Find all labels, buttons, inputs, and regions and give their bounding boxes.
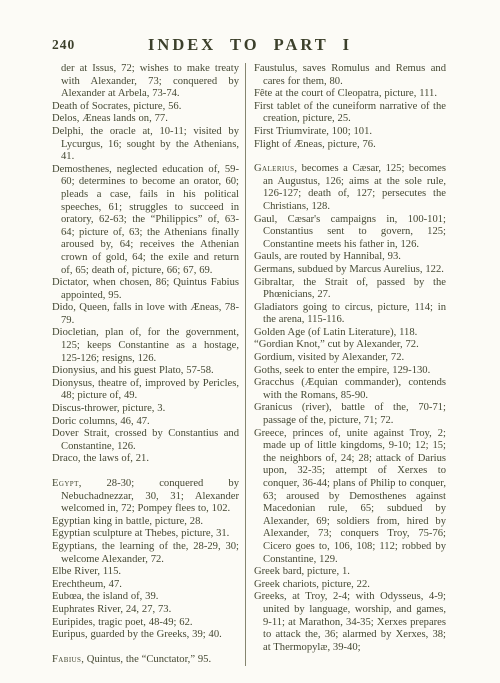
index-entry: Greek bard, picture, 1. <box>263 566 446 579</box>
entry-text: Fête at the court of Cleopatra, picture,… <box>254 88 437 99</box>
index-entry: Dover Strait, crossed by Constantius and… <box>61 428 239 453</box>
entry-text: “Gordian Knot,” cut by Alexander, 72. <box>254 339 419 350</box>
entry-headword: Galerius <box>254 163 294 174</box>
index-entry: Germans, subdued by Marcus Aurelius, 122… <box>263 264 446 277</box>
entry-text: , 28-30; conquered by Nebuchadnezzar, 30… <box>61 478 239 514</box>
index-column-left: der at Issus, 72; wishes to make treaty … <box>52 63 245 666</box>
entry-text: Doric columns, 46, 47. <box>52 416 150 427</box>
index-entry: Demosthenes, neglected education of, 59-… <box>61 164 239 277</box>
index-entry: Discus-thrower, picture, 3. <box>61 403 239 416</box>
entry-text: Delphi, the oracle at, 10-11; visited by… <box>52 126 239 162</box>
index-entry: Egyptian sculpture at Thebes, picture, 3… <box>61 528 239 541</box>
entry-text: Elbe River, 115. <box>52 566 121 577</box>
index-entry: Delphi, the oracle at, 10-11; visited by… <box>61 126 239 164</box>
index-entry: Doric columns, 46, 47. <box>61 416 239 429</box>
index-entry: Goths, seek to enter the empire, 129-130… <box>263 365 446 378</box>
entry-headword: Fabius <box>52 654 81 665</box>
entry-text: Greeks, at Troy, 2-4; with Odysseus, 4-9… <box>254 591 446 652</box>
index-entry: Diocletian, plan of, for the government,… <box>61 327 239 365</box>
index-entry: Gauls, are routed by Hannibal, 93. <box>263 251 446 264</box>
index-entry: Elbe River, 115. <box>61 566 239 579</box>
entry-text: Gladiators going to circus, picture, 114… <box>254 302 446 326</box>
index-entry: Gaul, Cæsar's campaigns in, 100-101; Con… <box>263 214 446 252</box>
entry-text: Faustulus, saves Romulus and Remus and c… <box>254 63 446 87</box>
entry-text: der at Issus, 72; wishes to make treaty … <box>61 63 239 99</box>
entry-text: Golden Age (of Latin Literature), 118. <box>254 327 417 338</box>
index-entry: Gibraltar, the Strait of, passed by the … <box>263 277 446 302</box>
entry-text: Gracchus (Æquian commander), contends wi… <box>254 377 446 401</box>
index-entry: Dionysius, and his guest Plato, 57-58. <box>61 365 239 378</box>
entry-text: , Quintus, the “Cunctator,” 95. <box>81 654 211 665</box>
entry-text: Goths, seek to enter the empire, 129-130… <box>254 365 430 376</box>
index-entry: Galerius, becomes a Cæsar, 125; becomes … <box>263 163 446 213</box>
entry-text: Euphrates River, 24, 27, 73. <box>52 604 171 615</box>
entry-text: Dido, Queen, falls in love with Æneas, 7… <box>52 302 239 326</box>
index-entry: Dionysus, theatre of, improved by Pericl… <box>61 378 239 403</box>
index-entry: Euripus, guarded by the Greeks, 39; 40. <box>61 629 239 642</box>
entry-text: Draco, the laws of, 21. <box>52 453 149 464</box>
index-entry: Egypt, 28-30; conquered by Nebuchadnezza… <box>61 478 239 516</box>
index-entry: Eubœa, the island of, 39. <box>61 591 239 604</box>
index-entry: Gracchus (Æquian commander), contends wi… <box>263 377 446 402</box>
entry-text: Diocletian, plan of, for the government,… <box>52 327 239 363</box>
entry-text: Death of Socrates, picture, 56. <box>52 101 181 112</box>
index-entry: der at Issus, 72; wishes to make treaty … <box>61 63 239 101</box>
index-entry: Greece, princes of, unite against Troy, … <box>263 428 446 567</box>
index-entry: Flight of Æneas, picture, 76. <box>263 139 446 152</box>
index-entry: Faustulus, saves Romulus and Remus and c… <box>263 63 446 88</box>
entry-text: Gaul, Cæsar's campaigns in, 100-101; Con… <box>254 214 446 250</box>
index-entry: “Gordian Knot,” cut by Alexander, 72. <box>263 339 446 352</box>
entry-text: Dionysus, theatre of, improved by Pericl… <box>52 378 239 402</box>
entry-text: Eubœa, the island of, 39. <box>52 591 158 602</box>
index-columns: der at Issus, 72; wishes to make treaty … <box>52 63 452 666</box>
index-entry: Granicus (river), battle of the, 70-71; … <box>263 402 446 427</box>
entry-text: Egyptians, the learning of the, 28-29, 3… <box>52 541 239 565</box>
entry-text: Gauls, are routed by Hannibal, 93. <box>254 251 401 262</box>
index-entry: Delos, Æneas lands on, 77. <box>61 113 239 126</box>
index-entry: First Triumvirate, 100; 101. <box>263 126 446 139</box>
index-entry: Dictator, when chosen, 86; Quintus Fabiu… <box>61 277 239 302</box>
entry-text: Egyptian sculpture at Thebes, picture, 3… <box>52 528 229 539</box>
entry-text: Delos, Æneas lands on, 77. <box>52 113 168 124</box>
index-entry: Greeks, at Troy, 2-4; with Odysseus, 4-9… <box>263 591 446 654</box>
entry-text: Euripides, tragic poet, 48-49; 62. <box>52 617 193 628</box>
index-entry: Gordium, visited by Alexander, 72. <box>263 352 446 365</box>
index-entry: Gladiators going to circus, picture, 114… <box>263 302 446 327</box>
index-entry: Fête at the court of Cleopatra, picture,… <box>263 88 446 101</box>
entry-text: Euripus, guarded by the Greeks, 39; 40. <box>52 629 222 640</box>
entry-text: Germans, subdued by Marcus Aurelius, 122… <box>254 264 444 275</box>
index-entry: Erechtheum, 47. <box>61 579 239 592</box>
entry-text: First Triumvirate, 100; 101. <box>254 126 372 137</box>
index-entry: Euripides, tragic poet, 48-49; 62. <box>61 617 239 630</box>
index-entry: Egyptians, the learning of the, 28-29, 3… <box>61 541 239 566</box>
index-entry: Egyptian king in battle, picture, 28. <box>61 516 239 529</box>
entry-text: Dionysius, and his guest Plato, 57-58. <box>52 365 214 376</box>
index-entry: Euphrates River, 24, 27, 73. <box>61 604 239 617</box>
entry-text: Gordium, visited by Alexander, 72. <box>254 352 404 363</box>
entry-text: Discus-thrower, picture, 3. <box>52 403 165 414</box>
entry-headword: Egypt <box>52 478 79 489</box>
page-number: 240 <box>52 37 75 53</box>
entry-text: Flight of Æneas, picture, 76. <box>254 139 376 150</box>
entry-text: Erechtheum, 47. <box>52 579 122 590</box>
index-entry: Fabius, Quintus, the “Cunctator,” 95. <box>61 654 239 667</box>
index-entry: First tablet of the cuneiform narrative … <box>263 101 446 126</box>
page-header: 240 INDEX TO PART I <box>0 35 500 57</box>
index-entry: Golden Age (of Latin Literature), 118. <box>263 327 446 340</box>
entry-text: Demosthenes, neglected education of, 59-… <box>52 164 239 276</box>
entry-text: Dictator, when chosen, 86; Quintus Fabiu… <box>52 277 239 301</box>
index-entry: Dido, Queen, falls in love with Æneas, 7… <box>61 302 239 327</box>
entry-text: Dover Strait, crossed by Constantius and… <box>52 428 239 452</box>
index-column-right: Faustulus, saves Romulus and Remus and c… <box>246 63 446 666</box>
entry-text: Greek bard, picture, 1. <box>254 566 350 577</box>
entry-text: Granicus (river), battle of the, 70-71; … <box>254 402 446 426</box>
entry-text: Egyptian king in battle, picture, 28. <box>52 516 203 527</box>
book-page: 240 INDEX TO PART I der at Issus, 72; wi… <box>0 0 500 683</box>
entry-text: Greece, princes of, unite against Troy, … <box>254 428 446 565</box>
index-entry: Greek chariots, picture, 22. <box>263 579 446 592</box>
index-entry: Draco, the laws of, 21. <box>61 453 239 466</box>
entry-text: First tablet of the cuneiform narrative … <box>254 101 446 125</box>
entry-text: Gibraltar, the Strait of, passed by the … <box>254 277 446 301</box>
entry-text: Greek chariots, picture, 22. <box>254 579 370 590</box>
index-entry: Death of Socrates, picture, 56. <box>61 101 239 114</box>
